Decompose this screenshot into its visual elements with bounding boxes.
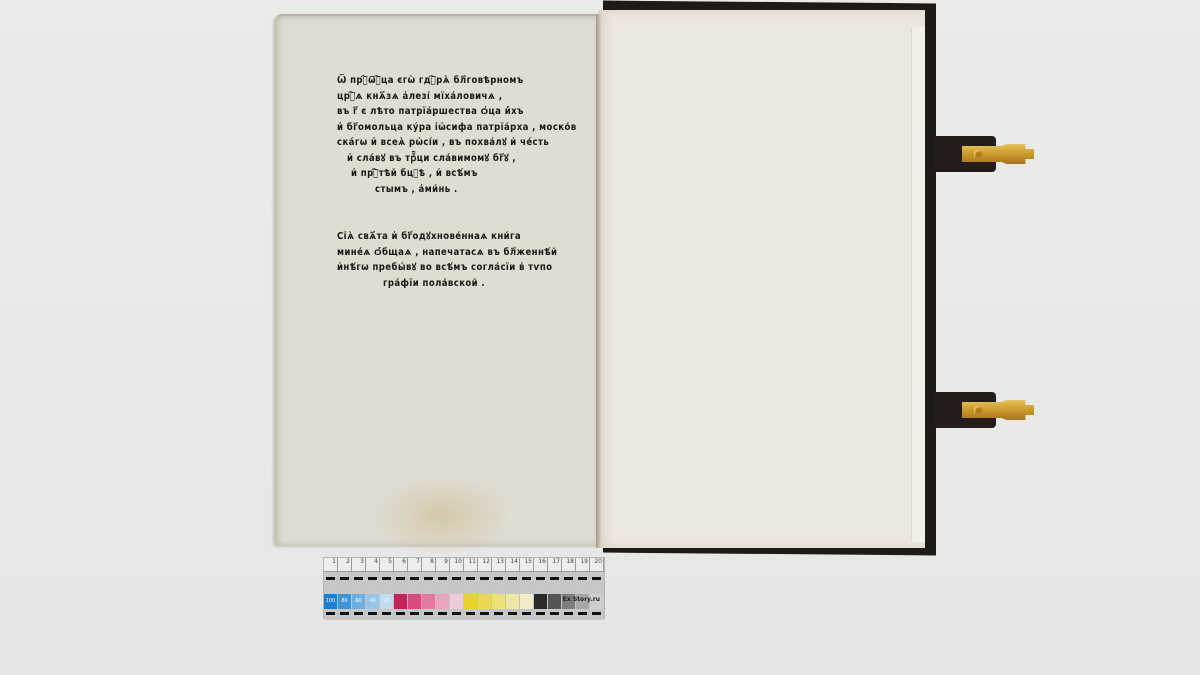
color-swatch: 40 (366, 594, 379, 609)
ruler-cell (436, 572, 450, 620)
ruler-tick: 8 (422, 558, 436, 571)
water-stain (372, 476, 512, 556)
ruler-tick: 19 (576, 558, 590, 571)
ruler-cell: 80 (338, 572, 352, 620)
ruler-cell: 20 (380, 572, 394, 620)
ruler-tick: 16 (534, 558, 548, 571)
ruler-tick: 5 (380, 558, 394, 571)
ruler-tick: 2 (338, 558, 352, 571)
ruler-tick: 1 (324, 558, 338, 571)
ruler-tick: 10 (450, 558, 464, 571)
color-swatch (436, 594, 449, 609)
text-line: и҆нѣ́гѡ пребы́вꙋ во всѣ́мъ согла́сїи в҆ … (337, 260, 567, 276)
right-page-edge (911, 27, 925, 542)
ruler-tick: 11 (464, 558, 478, 571)
ruler-scale: 1234567891011121314151617181920 (324, 558, 604, 572)
ruler-tick: 17 (548, 558, 562, 571)
rivet-icon (974, 150, 982, 158)
ruler-tick: 3 (352, 558, 366, 571)
ruler-cell (450, 572, 464, 620)
ruler-cell: 100 (324, 572, 338, 620)
ruler-tick: 20 (590, 558, 604, 571)
color-swatch: 20 (380, 594, 393, 609)
color-swatch (506, 594, 519, 609)
text-line: въ г҃ є лѣто патрїа́ршества ѻ҆ца и҆́хъ (337, 104, 567, 120)
text-line: и҆ прⷭ҇тѣй бцⷣѣ , и҆ всѣ́мъ (337, 166, 567, 182)
left-page: Ѿ прⷭ҇ѿⷮ҇ца єгѡ̀ гдⷭ҇рѧ̀ бл҃говѣрномъ цр… (274, 14, 600, 546)
ruler-tick: 7 (408, 558, 422, 571)
ruler-cell (422, 572, 436, 620)
color-calibration-ruler: 1234567891011121314151617181920 10080604… (323, 557, 605, 619)
color-swatch (450, 594, 463, 609)
rivet-icon (974, 406, 982, 414)
color-swatch (520, 594, 533, 609)
color-swatch: 100 (324, 594, 337, 609)
text-line: Сїѧ̀ свѧ҃та и҆ бг҃одꙋхнове́ннаѧ кни́га (337, 229, 567, 245)
text-line: стымъ , а҆ми́нь . (337, 182, 567, 198)
book-gutter (596, 14, 601, 548)
ruler-tick: 14 (506, 558, 520, 571)
color-swatch (408, 594, 421, 609)
right-page-blank (598, 10, 925, 548)
brass-clasp-plate (962, 400, 1034, 420)
color-swatch: 60 (352, 594, 365, 609)
color-swatch (534, 594, 547, 609)
ruler-cell: 40 (366, 572, 380, 620)
text-line: ска́гѡ и҆ всеѧ̀ рѡ҆сі́и , въ похва́лꙋ и҆… (337, 135, 567, 151)
text-line: и҆ бг҃омольца ку́ра і҆ѡ҆сифа патрїа́рха … (337, 120, 567, 136)
ruler-cell: 60 (352, 572, 366, 620)
ruler-cell (520, 572, 534, 620)
color-swatch (394, 594, 407, 609)
ruler-cell (492, 572, 506, 620)
text-line: мине́ѧ ѻ҆́бщаѧ , напечатасѧ въ бл҃женнѣ́… (337, 245, 567, 261)
text-line: црⷭ҇ѧ кнѧ҃зѧ а҆лезі́ мїха́ловичѧ , (337, 89, 567, 105)
text-line: и҆ сла́вꙋ въ трⷪ҇ци сла́вимомꙋ бг҃ꙋ , (337, 151, 567, 167)
ruler-tick: 12 (478, 558, 492, 571)
color-swatch (464, 594, 477, 609)
ruler-cell (534, 572, 548, 620)
color-swatch (422, 594, 435, 609)
colophon-text-2: Сїѧ̀ свѧ҃та и҆ бг҃одꙋхнове́ннаѧ кни́га м… (337, 229, 567, 291)
color-swatch (548, 594, 561, 609)
ruler-cell (464, 572, 478, 620)
ruler-cell (548, 572, 562, 620)
ruler-tick: 13 (492, 558, 506, 571)
ruler-brand: Ex Story.ru (563, 596, 600, 603)
ruler-cell (506, 572, 520, 620)
ruler-tick: 18 (562, 558, 576, 571)
ruler-cell (394, 572, 408, 620)
ruler-tick: 6 (394, 558, 408, 571)
ruler-tick: 15 (520, 558, 534, 571)
colophon-text-1: Ѿ прⷭ҇ѿⷮ҇ца єгѡ̀ гдⷭ҇рѧ̀ бл҃говѣрномъ цр… (337, 73, 567, 197)
brass-clasp-plate (962, 144, 1034, 164)
ruler-tick: 9 (436, 558, 450, 571)
photo-scene: Ѿ прⷭ҇ѿⷮ҇ца єгѡ̀ гдⷭ҇рѧ̀ бл҃говѣрномъ цр… (0, 0, 1200, 675)
text-line: гра́фїи пола́вской . (337, 276, 567, 292)
text-line: Ѿ прⷭ҇ѿⷮ҇ца єгѡ̀ гдⷭ҇рѧ̀ бл҃говѣрномъ (337, 73, 567, 89)
ruler-cell (408, 572, 422, 620)
color-swatch: 80 (338, 594, 351, 609)
ruler-tick: 4 (366, 558, 380, 571)
color-swatch (492, 594, 505, 609)
ruler-cell (478, 572, 492, 620)
color-swatch (478, 594, 491, 609)
